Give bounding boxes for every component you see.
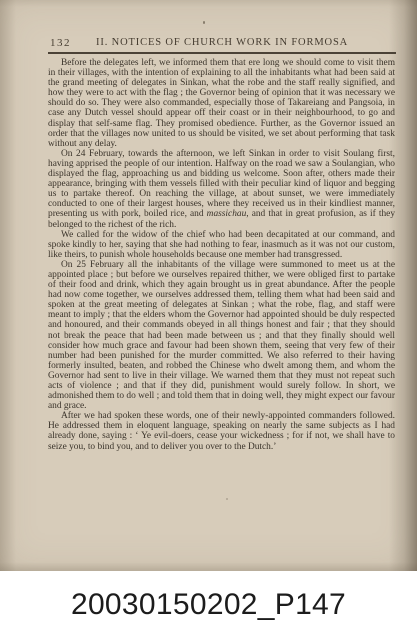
body-paragraph: On 24 February, towards the afternoon, w… <box>48 149 395 230</box>
body-paragraph: We called for the widow of the chief who… <box>48 230 395 260</box>
scanned-page: 132 II. NOTICES OF CHURCH WORK IN FORMOS… <box>0 0 417 571</box>
body-paragraph: On 25 February all the inhabitants of th… <box>48 260 395 411</box>
paper-speck <box>203 21 205 24</box>
body-paragraph: After we had spoken these words, one of … <box>48 411 395 451</box>
paper-speck <box>226 498 228 500</box>
running-head: II. NOTICES OF CHURCH WORK IN FORMOSA <box>96 37 348 48</box>
body-paragraph: Before the delegates left, we informed t… <box>48 58 395 149</box>
header-rule <box>48 52 396 54</box>
screenshot-canvas: 132 II. NOTICES OF CHURCH WORK IN FORMOS… <box>0 0 417 640</box>
image-id-label: 20030150202_P147 <box>71 588 346 622</box>
italic-term: massichau <box>207 209 247 219</box>
page-body: Before the delegates left, we informed t… <box>48 58 395 452</box>
page-number: 132 <box>50 37 71 49</box>
footer-band: 20030150202_P147 <box>0 571 417 640</box>
